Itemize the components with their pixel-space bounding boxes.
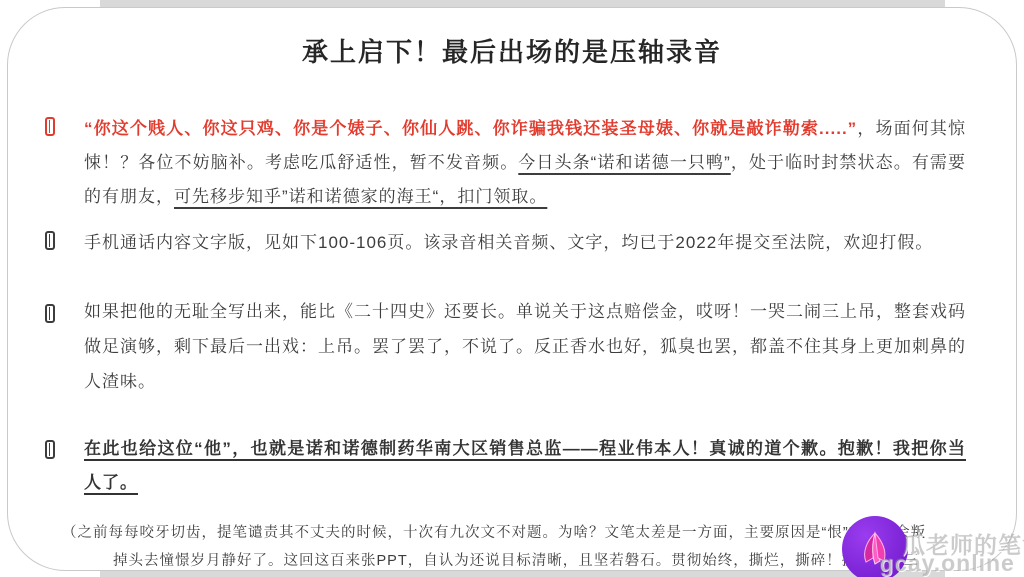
- page-title: 承上启下！最后出场的是压轴录音: [0, 32, 1024, 69]
- bullet-marker-icon: [45, 304, 55, 323]
- paragraph-commentary: 如果把他的无耻全写出来，能比《二十四史》还要长。单说关于这点赔偿金，哎呀！一哭二…: [84, 294, 966, 399]
- zhihu-account-link: 可先移步知乎”诺和诺德家的海王“，扣门领取。: [174, 187, 547, 206]
- footer-note-line1: （之前每每咬牙切齿，提笔谴责其不丈夫的时候，十次有九次文不对题。为啥？文笔太差是…: [62, 521, 926, 542]
- quote-text: “你这个贱人、你这只鸡、你是个婊子、你仙人跳、你诈骗我钱还装圣母婊、你就是敲诈勒…: [84, 119, 857, 138]
- paragraph-apology: 在此也给这位“他”，也就是诺和诺德制药华南大区销售总监——程业伟本人！真诚的道个…: [84, 432, 966, 500]
- footer-note-line2: 掉头去憧憬岁月静好了。这回这百来张PPT，自认为还说目标清晰，且坚若磐石。贯彻始…: [113, 549, 919, 570]
- bullet-marker-icon: [45, 117, 55, 136]
- apology-text: 在此也给这位“他”，也就是诺和诺德制药华南大区销售总监——程业伟本人！真诚的道个…: [84, 439, 966, 492]
- watermark-url: gcay.online: [879, 550, 1015, 577]
- slide-page: 承上启下！最后出场的是压轴录音 “你这个贱人、你这只鸡、你是个婊子、你仙人跳、你…: [0, 0, 1024, 577]
- paragraph-recording-quote: “你这个贱人、你这只鸡、你是个婊子、你仙人跳、你诈骗我钱还装圣母婊、你就是敲诈勒…: [84, 112, 966, 214]
- bullet-marker-icon: [45, 231, 55, 250]
- bullet-marker-icon: [45, 440, 55, 459]
- toutiao-account-link: 今日头条“诺和诺德一只鸭”: [518, 153, 730, 172]
- paragraph-transcript-note: 手机通话内容文字版，见如下100-106页。该录音相关音频、文字，均已于2022…: [84, 226, 966, 260]
